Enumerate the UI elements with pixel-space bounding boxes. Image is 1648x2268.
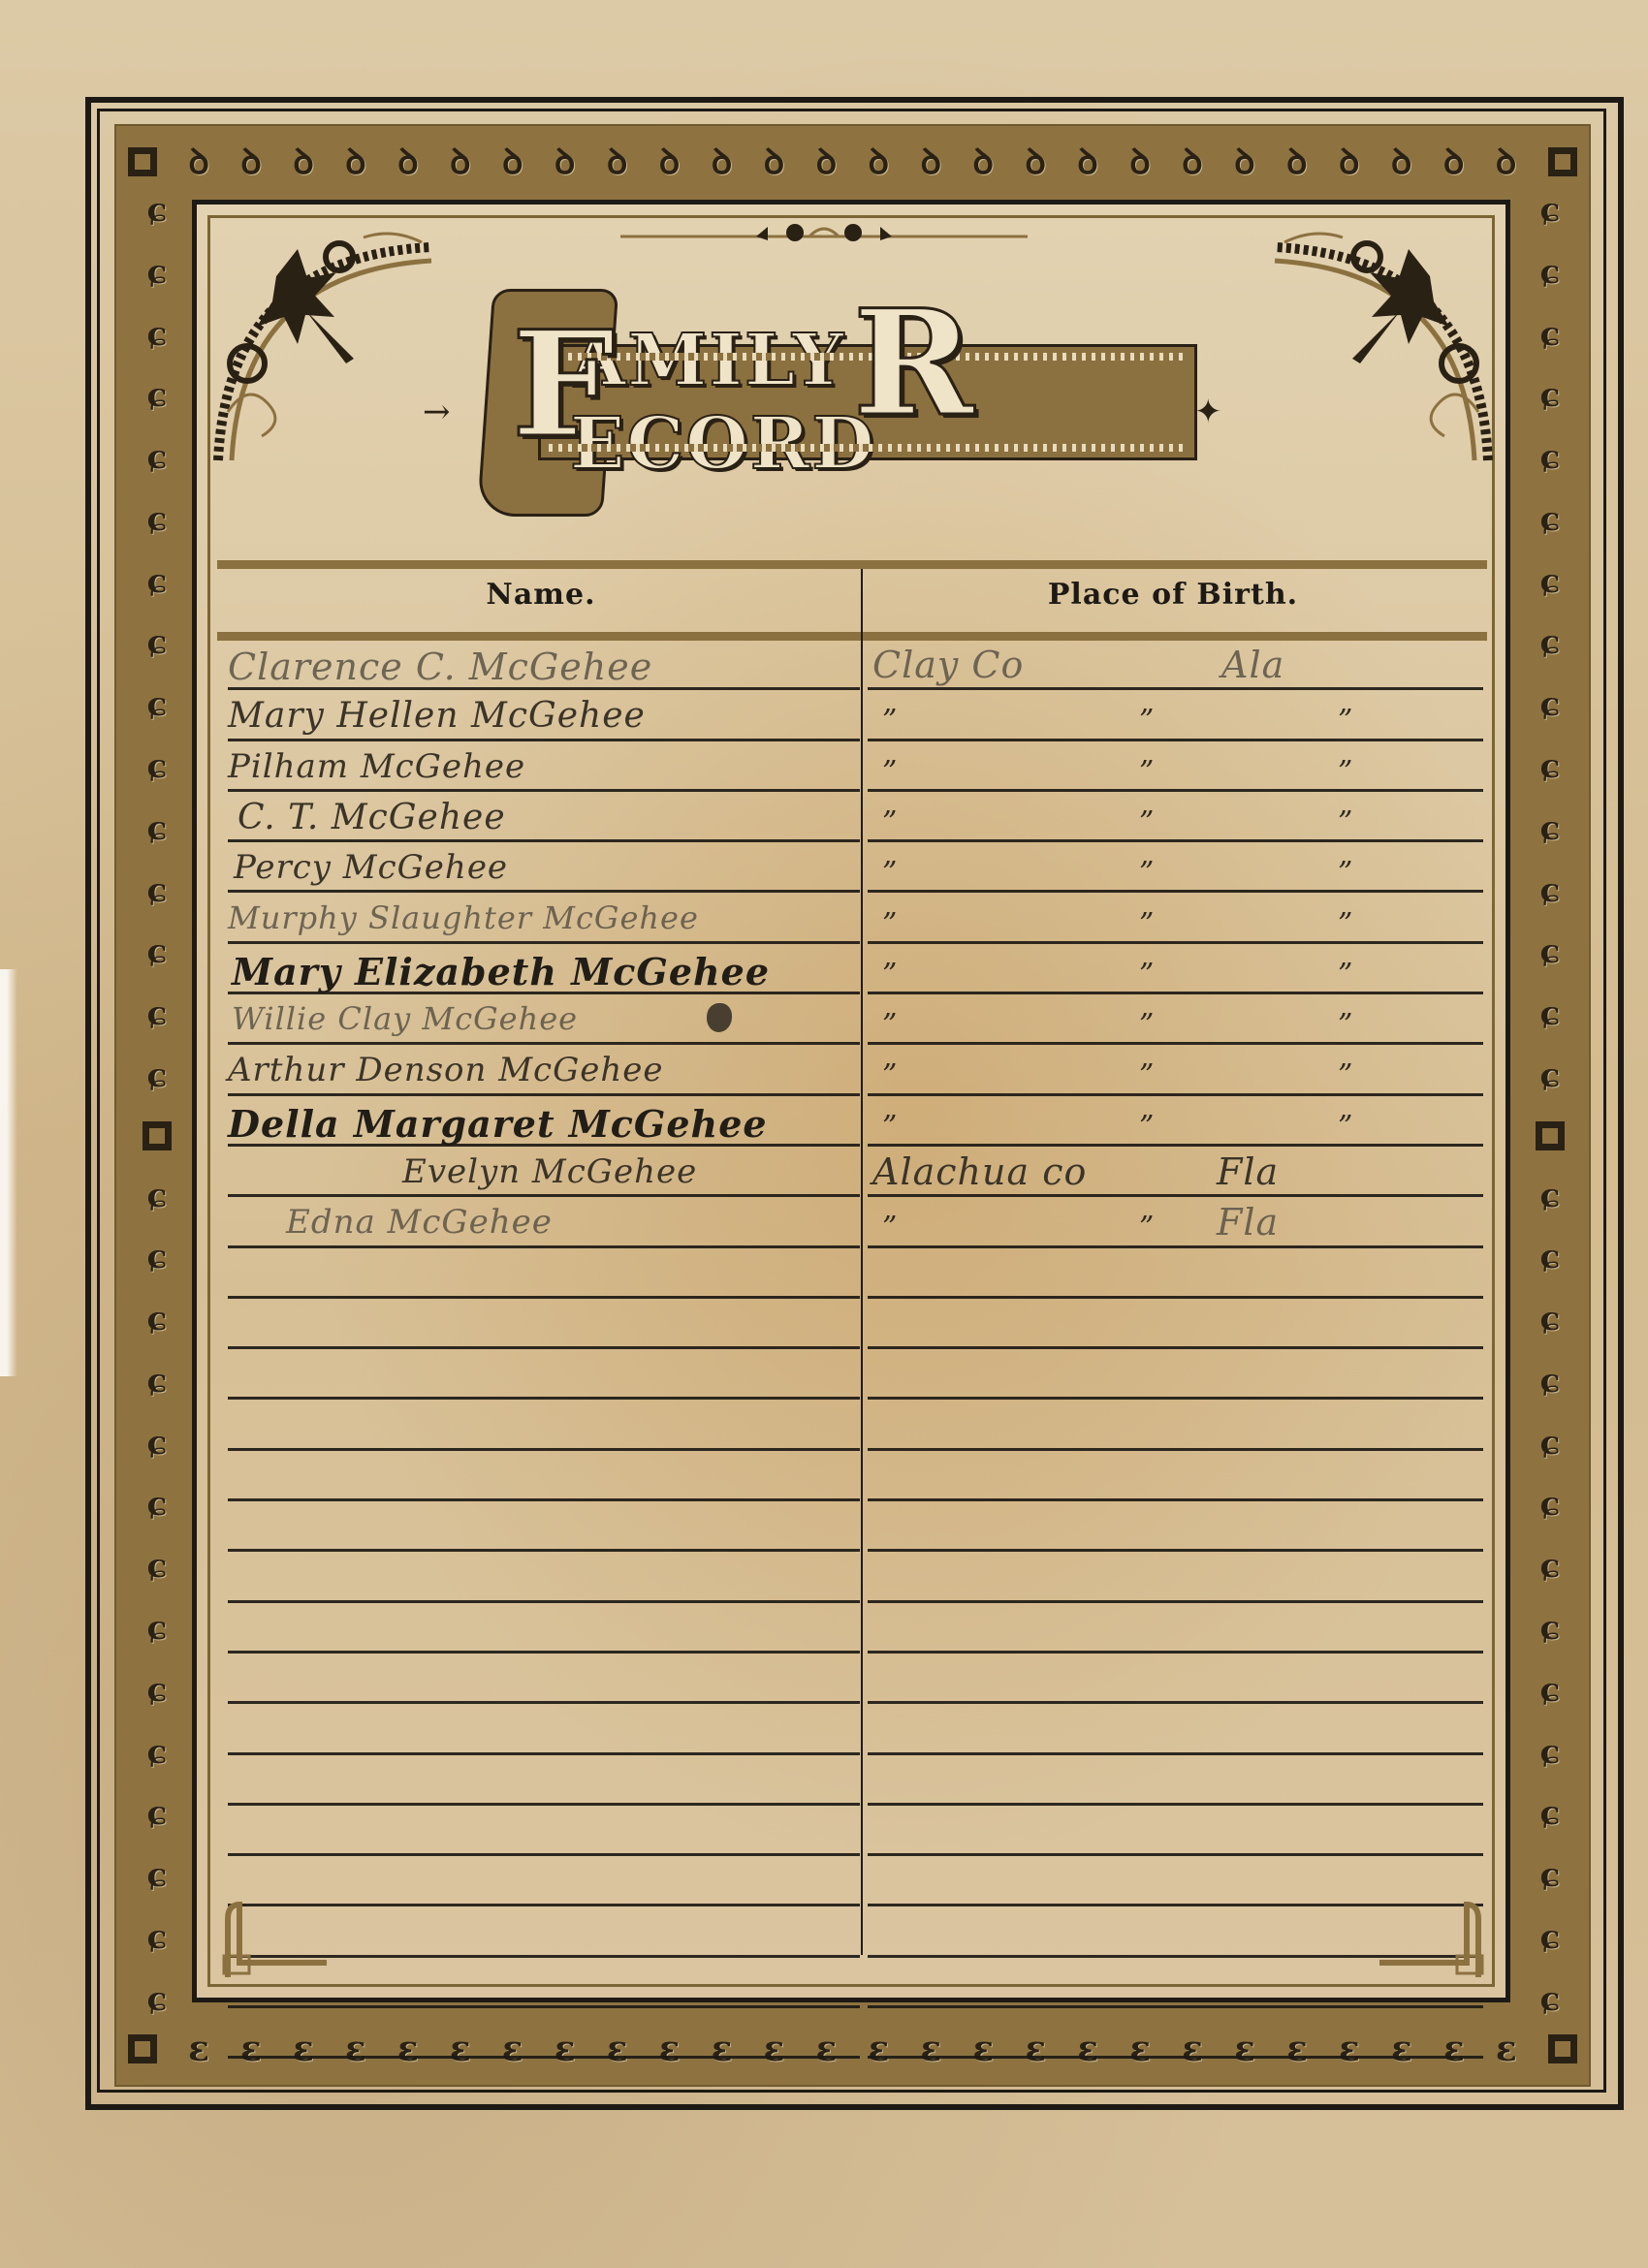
empty-table-row: [228, 1856, 1483, 1906]
scroll-ornament-icon: ꝺ: [1443, 144, 1465, 179]
scroll-ornament-icon: ɕ: [1540, 1797, 1561, 1830]
place-of-birth-cell: ”: [1139, 958, 1154, 992]
scroll-ornament-icon: ɕ: [147, 1180, 168, 1213]
scroll-ornament-icon: ɕ: [147, 1059, 168, 1092]
scroll-ornament-icon: ɕ: [1540, 1612, 1561, 1645]
place-of-birth-cell: ”: [882, 958, 897, 992]
corner-square-icon: [1548, 2034, 1577, 2063]
empty-table-row: [228, 1603, 1483, 1654]
place-of-birth-cell: ”: [882, 907, 897, 941]
scroll-ornament-icon: ɕ: [147, 1797, 168, 1830]
scroll-ornament-icon: ɕ: [147, 256, 168, 289]
scroll-ornament-icon: ꝺ: [607, 144, 628, 179]
top-border-ornaments: ꝺ ꝺ ꝺ ꝺ ꝺ ꝺ ꝺ ꝺ ꝺ ꝺ ꝺ ꝺ ꝺ ꝺ ꝺ ꝺ ꝺ ꝺ ꝺ ꝺ …: [128, 134, 1577, 190]
scroll-ornament-icon: ɕ: [1540, 1736, 1561, 1769]
scroll-ornament-icon: ꝺ: [659, 144, 681, 179]
empty-table-row: [228, 1755, 1483, 1806]
name-cell: Arthur Denson McGehee: [228, 1051, 664, 1089]
scroll-ornament-icon: ɕ: [147, 1365, 168, 1398]
empty-table-row: [228, 1349, 1483, 1400]
place-of-birth-cell: ”: [1139, 1110, 1154, 1144]
row-rule-place: [868, 2056, 1483, 2059]
name-cell: Edna McGehee: [286, 1203, 553, 1242]
scroll-ornament-icon: ɕ: [1540, 1674, 1561, 1707]
scroll-ornament-icon: ꝺ: [1234, 144, 1255, 179]
scroll-ornament-icon: ɕ: [1540, 935, 1561, 968]
corner-square-icon: [128, 147, 157, 176]
place-of-birth-cell: ”: [882, 755, 897, 789]
scroll-ornament-icon: ꝺ: [293, 144, 314, 179]
empty-table-row: [228, 2008, 1483, 2059]
corner-square-icon: [1548, 147, 1577, 176]
scroll-ornament-icon: ꝺ: [816, 144, 838, 179]
mid-square-icon: [1536, 1121, 1565, 1150]
name-cell: Evelyn McGehee: [402, 1152, 697, 1191]
scroll-ornament-icon: ɕ: [147, 1736, 168, 1769]
scroll-ornament-icon: ɕ: [1540, 874, 1561, 907]
scroll-ornament-icon: ɕ: [1540, 1921, 1561, 1954]
place-of-birth-cell: Fla: [1217, 1150, 1279, 1193]
empty-table-row: [228, 1806, 1483, 1856]
table-row: Murphy Slaughter McGehee”””: [228, 894, 1483, 944]
place-of-birth-cell: ”: [1338, 805, 1352, 839]
table-row: Della Margaret McGehee”””: [228, 1096, 1483, 1147]
row-rule-name: [228, 2056, 860, 2059]
scroll-ornament-icon: ɕ: [1540, 997, 1561, 1030]
scroll-ornament-icon: ɕ: [147, 379, 168, 412]
scroll-ornament-icon: ɕ: [1540, 318, 1561, 351]
name-cell: Clarence C. McGehee: [228, 646, 652, 688]
scroll-ornament-icon: ꝺ: [869, 144, 890, 179]
table-row: Mary Hellen McGehee”””: [228, 690, 1483, 740]
name-cell: Percy McGehee: [234, 848, 508, 887]
name-cell: Pilham McGehee: [228, 747, 525, 786]
scroll-ornament-icon: ɕ: [1540, 812, 1561, 845]
place-of-birth-cell: ”: [882, 805, 897, 839]
scroll-ornament-icon: ɕ: [147, 812, 168, 845]
table-row: Edna McGehee””Fla: [228, 1197, 1483, 1247]
name-cell: Willie Clay McGehee: [232, 1000, 578, 1037]
name-cell: Murphy Slaughter McGehee: [228, 899, 699, 936]
place-of-birth-cell: ”: [1139, 805, 1154, 839]
right-border-ornaments: ɕ ɕ ɕ ɕ ɕ ɕ ɕ ɕ ɕ ɕ ɕ ɕ ɕ ɕ ɕ ɕ ɕ ɕ ɕ ɕ …: [1517, 194, 1583, 2016]
scroll-ornament-icon: ɕ: [1540, 1427, 1561, 1460]
place-of-birth-cell: Ala: [1221, 644, 1284, 686]
table-row: Willie Clay McGehee”””: [228, 994, 1483, 1045]
left-border-ornaments: ɕ ɕ ɕ ɕ ɕ ɕ ɕ ɕ ɕ ɕ ɕ ɕ ɕ ɕ ɕ ɕ ɕ ɕ ɕ ɕ …: [124, 194, 190, 2016]
scroll-ornament-icon: ɕ: [147, 1303, 168, 1336]
scroll-ornament-icon: ɕ: [1540, 379, 1561, 412]
scroll-ornament-icon: ꝺ: [1496, 144, 1517, 179]
scroll-ornament-icon: ɕ: [147, 1674, 168, 1707]
scroll-ornament-icon: ɕ: [1540, 688, 1561, 721]
scroll-ornament-icon: ɕ: [147, 874, 168, 907]
scroll-ornament-icon: ꝺ: [240, 144, 262, 179]
scroll-ornament-icon: ɕ: [1540, 565, 1561, 598]
scroll-ornament-icon: ɕ: [1540, 1365, 1561, 1398]
bottom-left-corner-ornament: [218, 1900, 334, 1977]
name-cell: C. T. McGehee: [238, 798, 506, 837]
scroll-ornament-icon: ɕ: [147, 194, 168, 227]
scroll-ornament-icon: ꝺ: [345, 144, 366, 179]
place-of-birth-cell: ”: [1139, 856, 1154, 890]
scroll-ornament-icon: ɕ: [1540, 1488, 1561, 1521]
empty-table-row: [228, 1248, 1483, 1299]
bottom-right-corner-ornament: [1372, 1900, 1488, 1977]
empty-table-row: [228, 1401, 1483, 1451]
scroll-ornament-icon: ɕ: [1540, 1550, 1561, 1583]
scroll-ornament-icon: ꝺ: [764, 144, 785, 179]
scroll-ornament-icon: ꝺ: [1339, 144, 1360, 179]
top-center-flourish: [620, 215, 1028, 254]
place-of-birth-cell: ”: [1338, 704, 1352, 738]
scroll-ornament-icon: ɕ: [147, 565, 168, 598]
scroll-ornament-icon: ꝺ: [1025, 144, 1046, 179]
place-of-birth-cell: ”: [882, 1110, 897, 1144]
scroll-ornament-icon: ɕ: [147, 1983, 168, 2016]
place-of-birth-cell: ”: [1338, 958, 1352, 992]
empty-table-row: [228, 1907, 1483, 1958]
scroll-ornament-icon: ɕ: [147, 1241, 168, 1274]
scroll-ornament-icon: ɕ: [147, 626, 168, 659]
floral-corner-ornament-left: [208, 218, 441, 470]
scroll-ornament-icon: ꝺ: [972, 144, 994, 179]
place-of-birth-cell: ”: [882, 704, 897, 738]
place-of-birth-cell: ”: [1139, 1058, 1154, 1092]
corner-square-icon: [128, 2034, 157, 2063]
column-header-place-of-birth: Place of Birth.: [863, 578, 1483, 612]
scroll-ornament-icon: ɛ: [1496, 2032, 1517, 2066]
name-cell: Mary Hellen McGehee: [228, 696, 646, 736]
scroll-ornament-icon: ꝺ: [502, 144, 523, 179]
place-of-birth-cell: ”: [1338, 1008, 1352, 1042]
place-of-birth-cell: ”: [1139, 1008, 1154, 1042]
mid-square-icon: [143, 1121, 172, 1150]
place-of-birth-cell: ”: [882, 1008, 897, 1042]
place-of-birth-cell: ”: [1139, 1211, 1154, 1244]
torn-page-edge: [0, 969, 17, 1376]
scroll-ornament-icon: ɕ: [1540, 1059, 1561, 1092]
header-top-rule: [217, 560, 1487, 569]
scroll-ornament-icon: ɕ: [147, 1612, 168, 1645]
place-of-birth-cell: ”: [1338, 755, 1352, 789]
place-of-birth-cell: ”: [882, 856, 897, 890]
scroll-ornament-icon: ɕ: [1540, 1859, 1561, 1892]
empty-table-row: [228, 1552, 1483, 1602]
scroll-ornament-icon: ꝺ: [712, 144, 733, 179]
empty-table-row: [228, 1451, 1483, 1501]
empty-table-row: [228, 1501, 1483, 1552]
name-cell: Della Margaret McGehee: [228, 1102, 768, 1146]
scroll-ornament-icon: ɕ: [147, 1921, 168, 1954]
empty-table-row: [228, 1704, 1483, 1754]
table-row: Evelyn McGeheeAlachua coFla: [228, 1147, 1483, 1197]
scroll-ornament-icon: ꝺ: [1391, 144, 1412, 179]
fleur-right-icon: ✦: [1194, 393, 1222, 431]
scroll-ornament-icon: ꝺ: [188, 144, 209, 179]
scroll-ornament-icon: ɕ: [1540, 1303, 1561, 1336]
scroll-ornament-icon: ɕ: [1540, 256, 1561, 289]
scroll-ornament-icon: ɕ: [147, 441, 168, 474]
scroll-ornament-icon: ɕ: [1540, 750, 1561, 783]
place-of-birth-cell: ”: [1139, 704, 1154, 738]
place-of-birth-cell: Clay Co: [872, 644, 1024, 686]
scroll-ornament-icon: ɕ: [1540, 1241, 1561, 1274]
place-of-birth-cell: ”: [1338, 1110, 1352, 1144]
place-of-birth-cell: ”: [882, 1058, 897, 1092]
title-cap-f: F: [512, 312, 616, 457]
arrow-left-icon: →: [423, 393, 451, 431]
scroll-ornament-icon: ɕ: [147, 1488, 168, 1521]
scroll-ornament-icon: ꝺ: [450, 144, 471, 179]
place-of-birth-cell: ”: [1139, 907, 1154, 941]
scroll-ornament-icon: ɕ: [147, 935, 168, 968]
scroll-ornament-icon: ꝺ: [920, 144, 941, 179]
scroll-ornament-icon: ɕ: [147, 1427, 168, 1460]
scroll-ornament-icon: ꝺ: [1077, 144, 1098, 179]
place-of-birth-cell: Fla: [1217, 1201, 1279, 1244]
place-of-birth-cell: ”: [1338, 856, 1352, 890]
scroll-ornament-icon: ɕ: [147, 1859, 168, 1892]
scroll-ornament-icon: ɕ: [1540, 441, 1561, 474]
table-row: Clarence C. McGeheeClay CoAla: [228, 640, 1483, 690]
name-cell: Mary Elizabeth McGehee: [232, 950, 770, 993]
scroll-ornament-icon: ɕ: [147, 997, 168, 1030]
scroll-ornament-icon: ɕ: [1540, 503, 1561, 536]
table-row: Arthur Denson McGehee”””: [228, 1045, 1483, 1095]
table-row: Mary Elizabeth McGehee”””: [228, 944, 1483, 994]
place-of-birth-cell: Alachua co: [872, 1150, 1087, 1193]
scroll-ornament-icon: ꝺ: [397, 144, 419, 179]
scroll-ornament-icon: ɕ: [1540, 626, 1561, 659]
scroll-ornament-icon: ꝺ: [1286, 144, 1308, 179]
table-row: C. T. McGehee”””: [228, 792, 1483, 842]
scroll-ornament-icon: ꝺ: [1182, 144, 1203, 179]
title-cap-r: R: [853, 291, 974, 436]
empty-table-row: [228, 1654, 1483, 1704]
table-row: Pilham McGehee”””: [228, 741, 1483, 792]
floral-corner-ornament-right: [1265, 218, 1498, 470]
scroll-ornament-icon: ɕ: [147, 503, 168, 536]
place-of-birth-cell: ”: [882, 1211, 897, 1244]
scroll-ornament-icon: ɕ: [147, 750, 168, 783]
scroll-ornament-icon: ɕ: [147, 688, 168, 721]
scroll-ornament-icon: ɕ: [1540, 194, 1561, 227]
table-row: Percy McGehee”””: [228, 842, 1483, 893]
scroll-ornament-icon: ꝺ: [1129, 144, 1151, 179]
scroll-ornament-icon: ꝺ: [555, 144, 576, 179]
scroll-ornament-icon: ɕ: [147, 1550, 168, 1583]
scroll-ornament-icon: ɛ: [188, 2032, 209, 2066]
scroll-ornament-icon: ɕ: [1540, 1180, 1561, 1213]
empty-table-row: [228, 1299, 1483, 1349]
scroll-ornament-icon: ɕ: [1540, 1983, 1561, 2016]
scroll-ornament-icon: ɕ: [147, 318, 168, 351]
column-header-name: Name.: [223, 578, 859, 612]
title-word2: ECORD: [570, 402, 875, 486]
empty-table-row: [228, 1958, 1483, 2008]
place-of-birth-cell: ”: [1139, 755, 1154, 789]
place-of-birth-cell: ”: [1338, 907, 1352, 941]
place-of-birth-cell: ”: [1338, 1058, 1352, 1092]
